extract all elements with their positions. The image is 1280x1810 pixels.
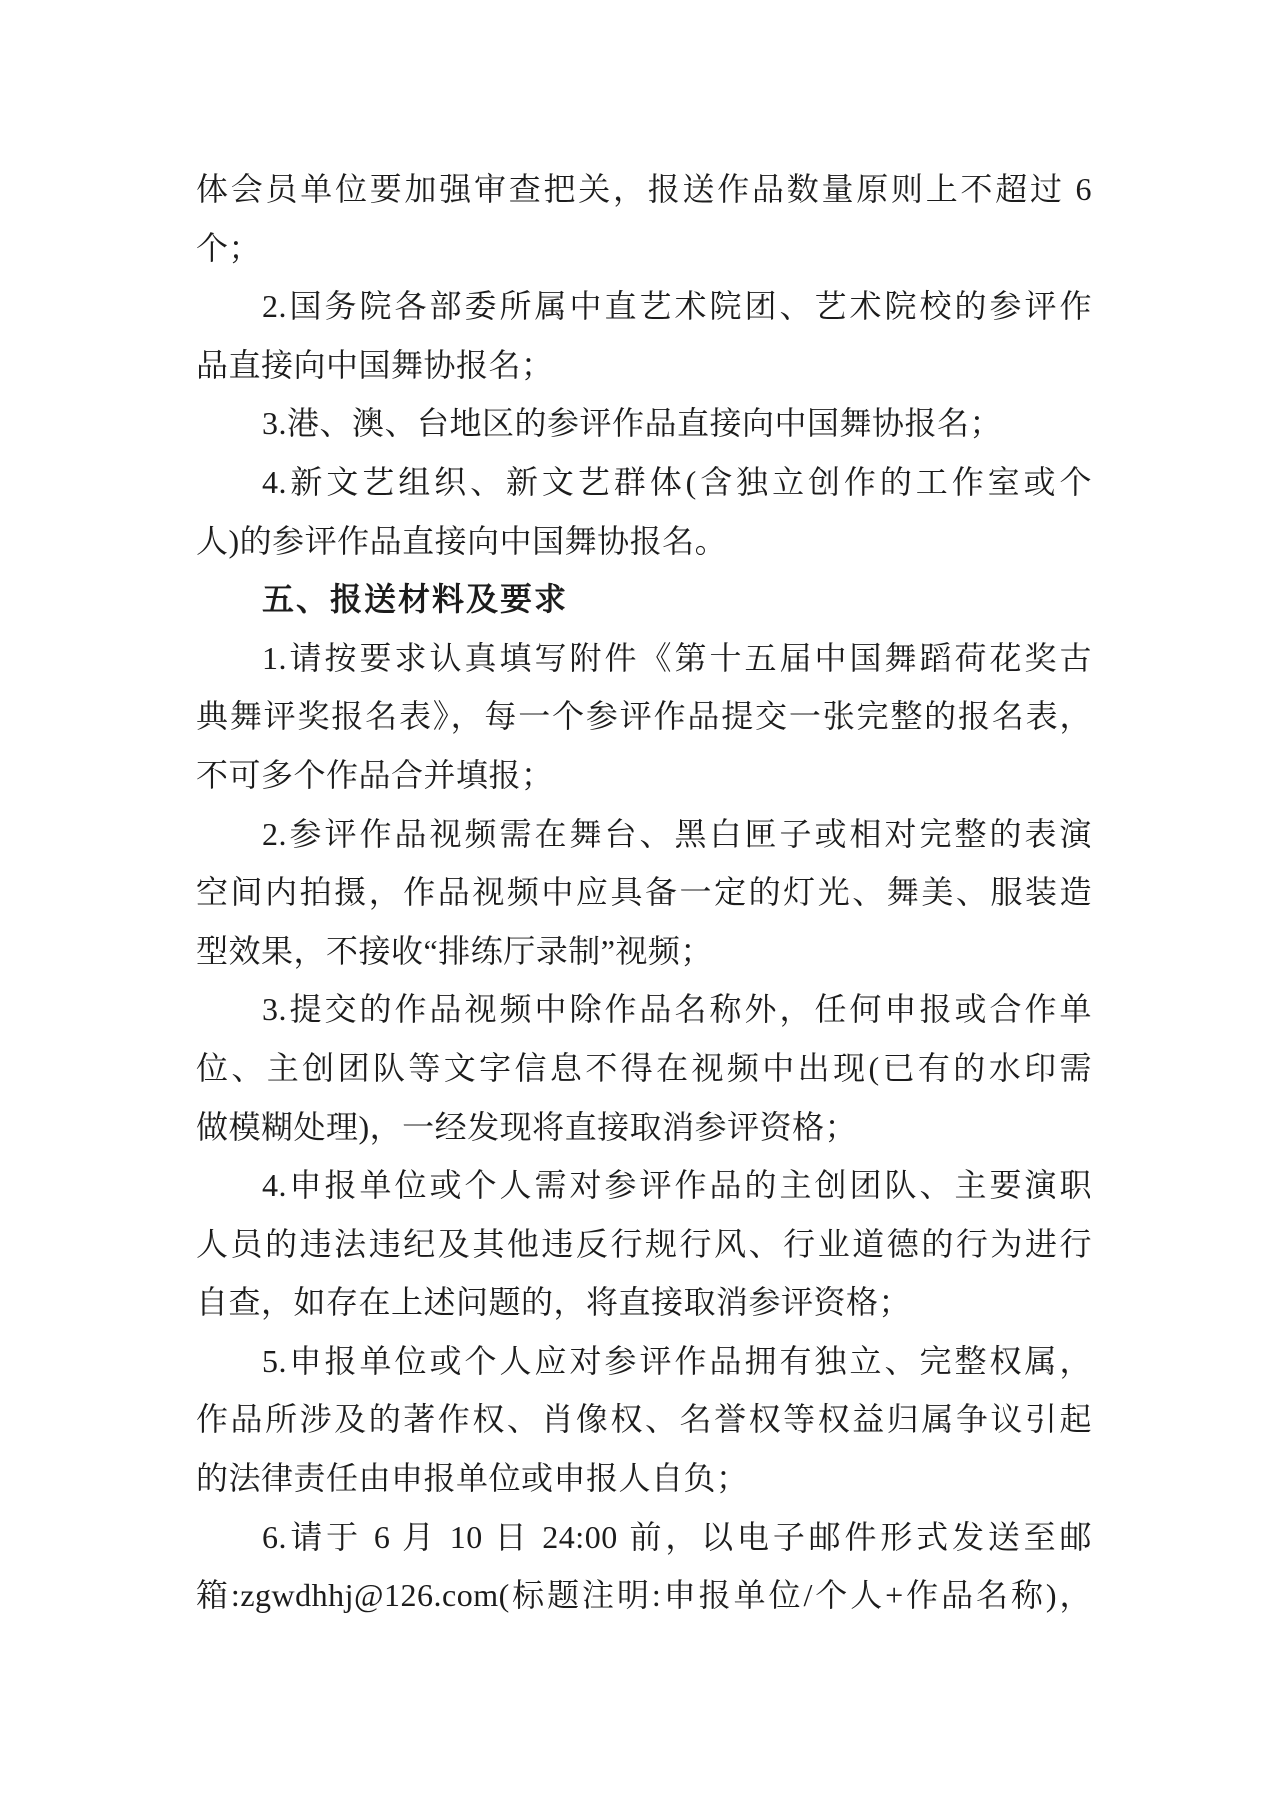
doc-line: 箱:zgwdhhj@126.com(标题注明:申报单位/个人+作品名称)， bbox=[196, 1566, 1092, 1625]
doc-line: 品直接向中国舞协报名； bbox=[196, 336, 1092, 395]
doc-line: 人员的违法违纪及其他违反行规行风、行业道德的行为进行 bbox=[196, 1215, 1092, 1274]
doc-line: 的法律责任由申报单位或申报人自负； bbox=[196, 1449, 1092, 1508]
doc-line: 5.申报单位或个人应对参评作品拥有独立、完整权属， bbox=[196, 1332, 1092, 1391]
text-column: 体会员单位要加强审查把关，报送作品数量原则上不超过 6 个； 2.国务院各部委所… bbox=[196, 160, 1092, 1625]
doc-line: 2.国务院各部委所属中直艺术院团、艺术院校的参评作 bbox=[196, 277, 1092, 336]
doc-line: 个； bbox=[196, 219, 1092, 278]
doc-line: 不可多个作品合并填报； bbox=[196, 746, 1092, 805]
doc-line: 典舞评奖报名表》，每一个参评作品提交一张完整的报名表， bbox=[196, 687, 1092, 746]
doc-line: 做模糊处理)，一经发现将直接取消参评资格； bbox=[196, 1098, 1092, 1157]
doc-line: 1.请按要求认真填写附件《第十五届中国舞蹈荷花奖古 bbox=[196, 629, 1092, 688]
doc-line: 3.港、澳、台地区的参评作品直接向中国舞协报名； bbox=[196, 394, 1092, 453]
doc-line: 4.申报单位或个人需对参评作品的主创团队、主要演职 bbox=[196, 1156, 1092, 1215]
doc-line: 位、主创团队等文字信息不得在视频中出现(已有的水印需 bbox=[196, 1039, 1092, 1098]
doc-line: 空间内拍摄，作品视频中应具备一定的灯光、舞美、服装造 bbox=[196, 863, 1092, 922]
doc-line: 型效果，不接收“排练厅录制”视频； bbox=[196, 922, 1092, 981]
doc-line: 人)的参评作品直接向中国舞协报名。 bbox=[196, 512, 1092, 571]
doc-line: 3.提交的作品视频中除作品名称外，任何申报或合作单 bbox=[196, 980, 1092, 1039]
doc-line: 体会员单位要加强审查把关，报送作品数量原则上不超过 6 bbox=[196, 160, 1092, 219]
doc-line: 4.新文艺组织、新文艺群体(含独立创作的工作室或个 bbox=[196, 453, 1092, 512]
doc-line: 6.请于 6 月 10 日 24:00 前，以电子邮件形式发送至邮 bbox=[196, 1508, 1092, 1567]
document-page: 体会员单位要加强审查把关，报送作品数量原则上不超过 6 个； 2.国务院各部委所… bbox=[0, 0, 1280, 1810]
doc-line: 作品所涉及的著作权、肖像权、名誉权等权益归属争议引起 bbox=[196, 1390, 1092, 1449]
doc-line: 2.参评作品视频需在舞台、黑白匣子或相对完整的表演 bbox=[196, 805, 1092, 864]
doc-line: 自查，如存在上述问题的，将直接取消参评资格； bbox=[196, 1273, 1092, 1332]
section-heading: 五、报送材料及要求 bbox=[196, 570, 1092, 629]
